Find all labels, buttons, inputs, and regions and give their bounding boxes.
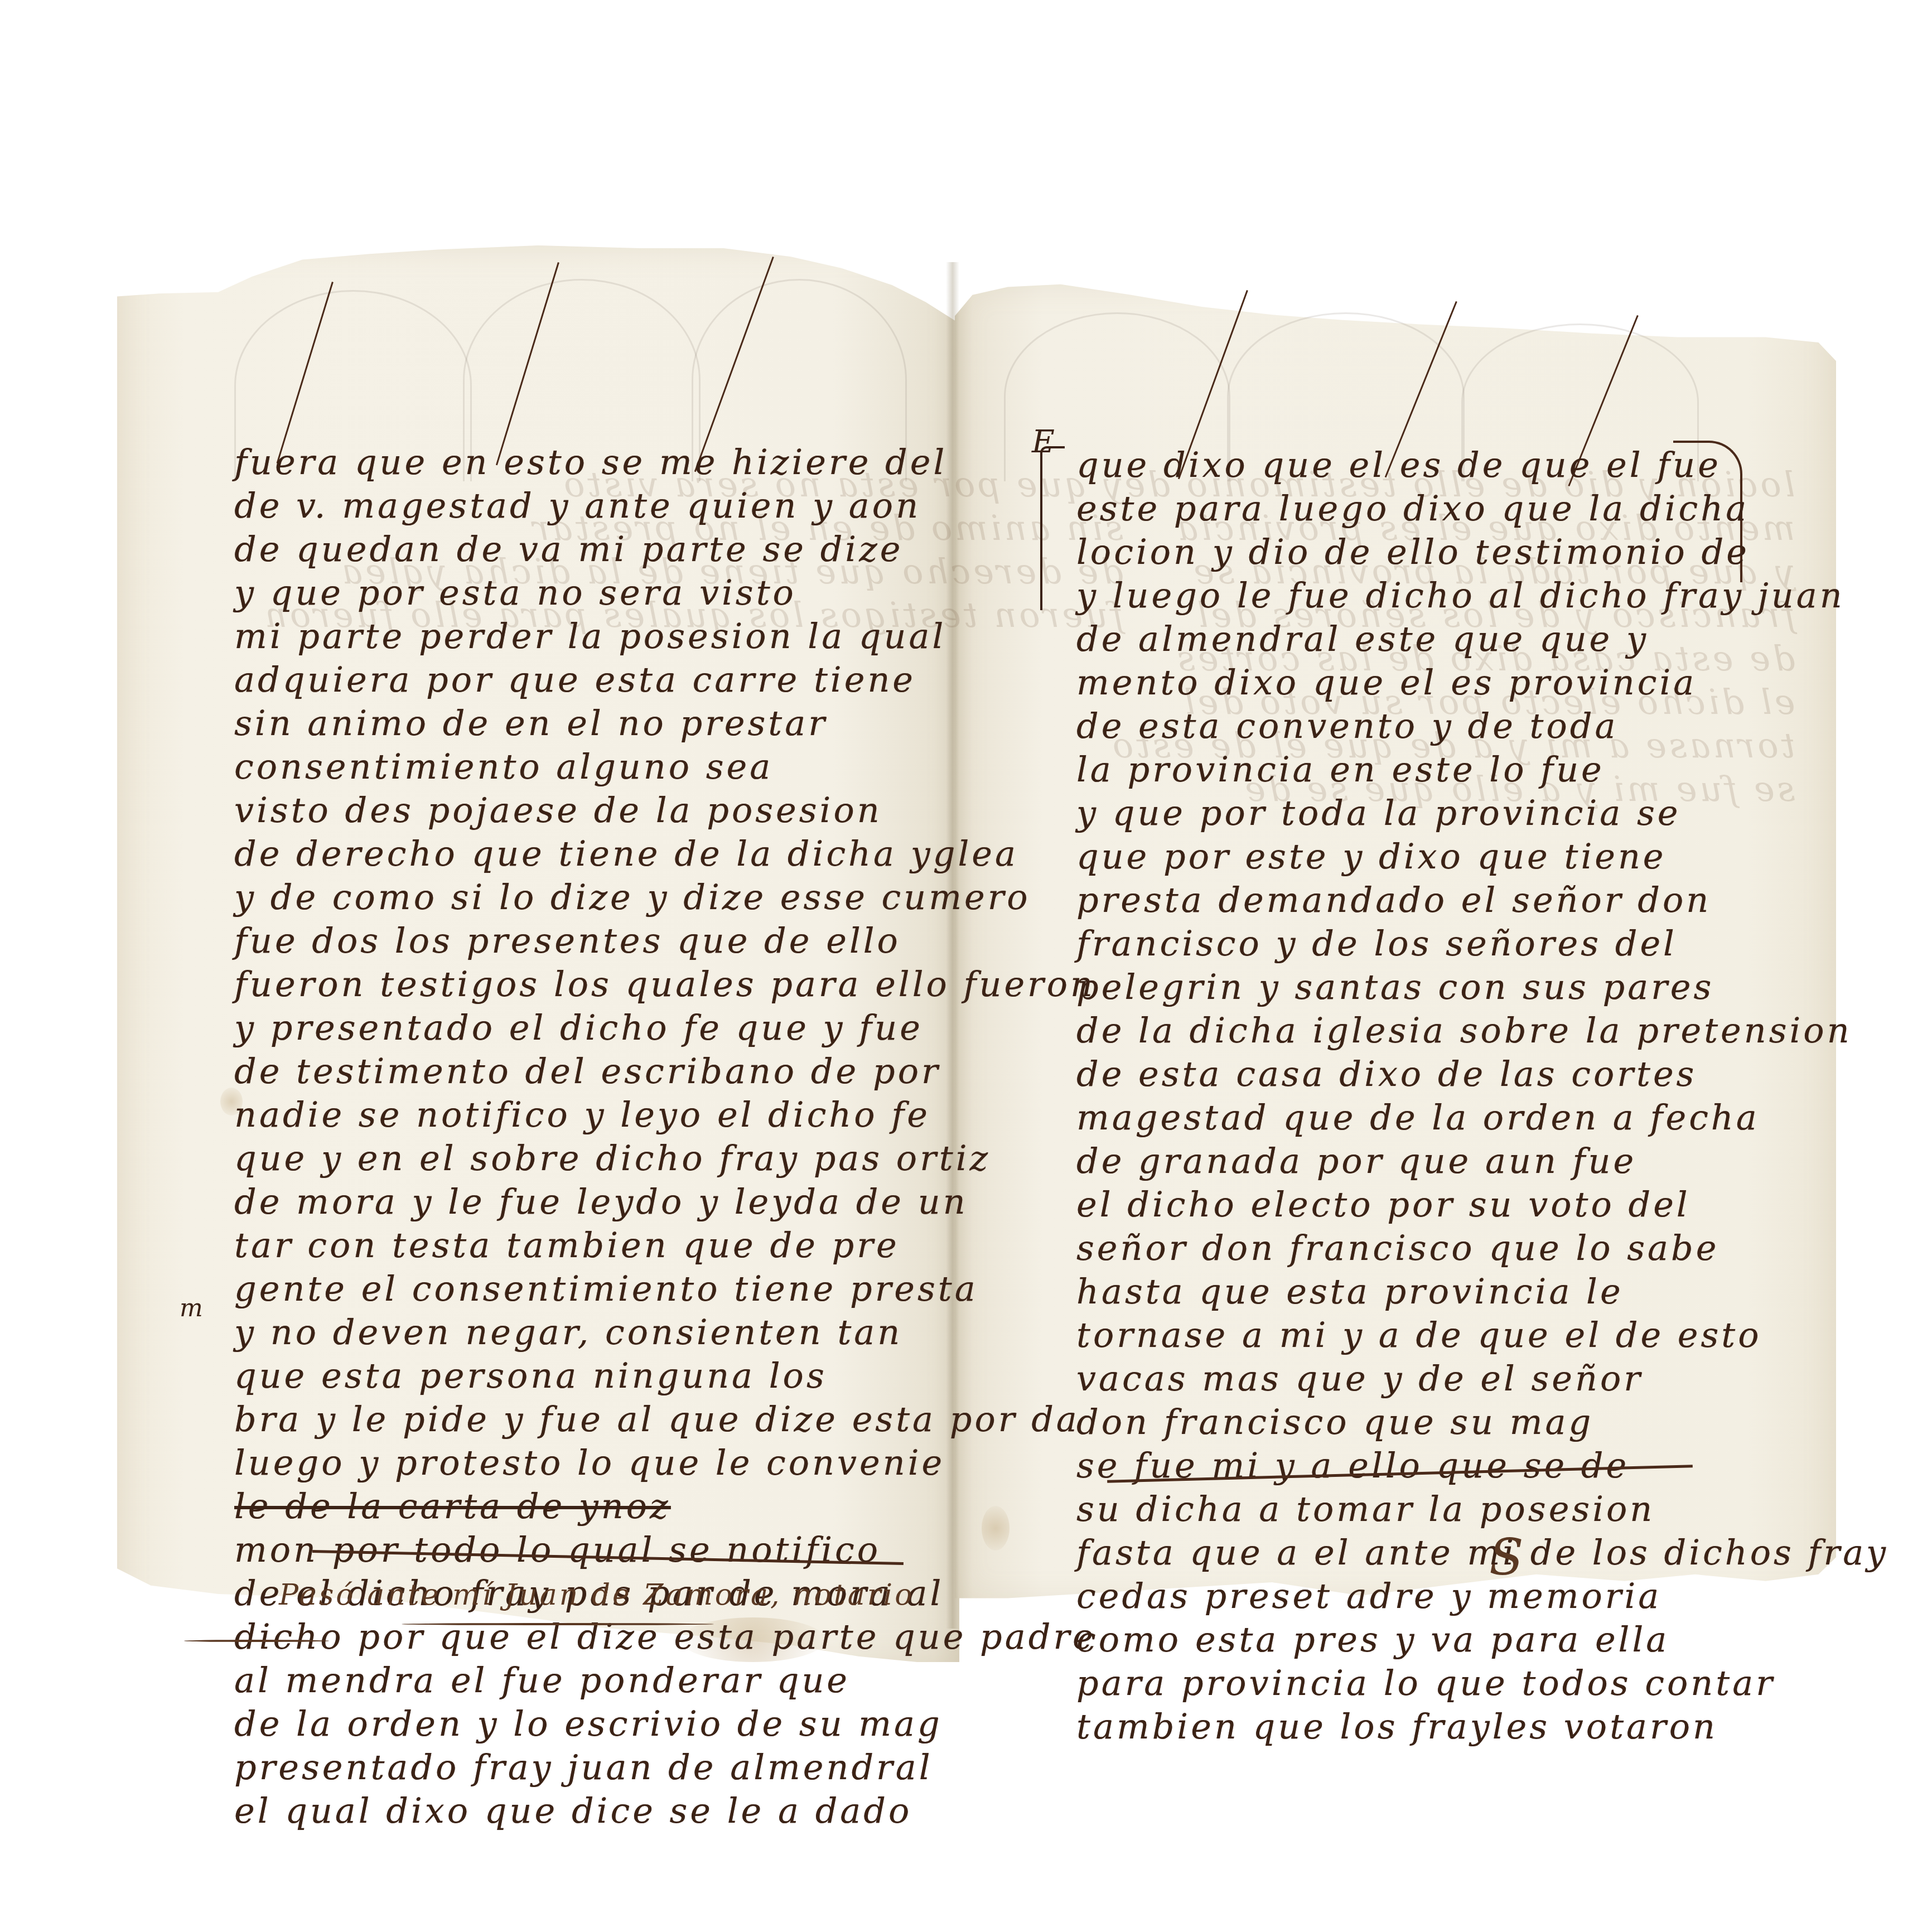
text-line: dicho por que el dize esta parte que pad… [234, 1615, 937, 1659]
right-page-text: que dixo que el es de que el fue este pa… [1076, 443, 1735, 1749]
text-line: presentado fray juan de almendral [234, 1746, 937, 1789]
text-line: y que por esta no sera visto [234, 571, 937, 615]
text-line: el qual dixo que dice se le a dado [234, 1789, 937, 1833]
text-line: adquiera por que esta carre tiene [234, 658, 937, 702]
text-line: fueron testigos los quales para ello fue… [234, 963, 937, 1006]
text-line: el dicho electo por su voto del [1076, 1183, 1735, 1226]
text-line: fuera que en esto se me hiziere del [234, 441, 937, 484]
text-line: presta demandado el señor don [1076, 878, 1735, 922]
text-line: luego y protesto lo que le convenie [234, 1441, 937, 1485]
text-line: tambien que los frayles votaron [1076, 1705, 1735, 1749]
text-line: de granada por que aun fue [1076, 1139, 1735, 1183]
right-margin-mark: E [1032, 424, 1055, 460]
text-line: de esta convento y de toda [1076, 704, 1735, 748]
signature-underline [402, 1623, 714, 1625]
text-line: don francisco que su mag [1076, 1400, 1735, 1444]
text-line: fue dos los presentes que de ello [234, 919, 937, 963]
text-line: este para luego dixo que la dicha [1076, 487, 1735, 530]
text-line: tar con testa tambien que de pre [234, 1224, 937, 1267]
text-line: mento dixo que el es provincia [1076, 661, 1735, 704]
text-line: de derecho que tiene de la dicha yglea [234, 832, 937, 876]
text-line: su dicha a tomar la posesion [1076, 1487, 1735, 1531]
text-line: gente el consentimiento tiene presta [234, 1267, 937, 1311]
text-line: fasta que a el ante mi de los dichos fra… [1076, 1531, 1735, 1574]
right-margin-bracket [1040, 446, 1065, 610]
notary-signature: Pasó ante mí Juan de Zamora, notario [279, 1578, 914, 1612]
text-line: consentimiento alguno sea [234, 745, 937, 789]
signature-flourish [184, 1640, 329, 1642]
text-line: de testimento del escribano de por [234, 1050, 937, 1093]
left-margin-mark: m [180, 1294, 203, 1322]
text-line: de quedan de va mi parte se dize [234, 528, 937, 571]
text-line: y luego le fue dicho al dicho fray juan [1076, 574, 1735, 617]
text-line: mi parte perder la posesion la qual [234, 615, 937, 658]
text-line: nadie se notifico y leyo el dicho fe [234, 1093, 937, 1137]
text-line: que dixo que el es de que el fue [1076, 443, 1735, 487]
text-line: bra y le pide y fue al que dize esta por… [234, 1398, 937, 1441]
text-line: vacas mas que y de el señor [1076, 1357, 1735, 1400]
text-line: la provincia en este lo fue [1076, 748, 1735, 791]
text-line: magestad que de la orden a fecha [1076, 1096, 1735, 1139]
text-line: tornase a mi y a de que el de esto [1076, 1313, 1735, 1357]
text-line: al mendra el fue ponderar que [234, 1659, 937, 1702]
text-line: y de como si lo dize y dize esse cumero [234, 876, 937, 919]
text-line: que y en el sobre dicho fray pas ortiz [234, 1137, 937, 1180]
text-line: que por este y dixo que tiene [1076, 835, 1735, 878]
text-line: para provincia lo que todos contar [1076, 1661, 1735, 1705]
text-line: de v. magestad y ante quien y aon [234, 484, 937, 528]
text-line: y presentado el dicho fe que y fue [234, 1006, 937, 1050]
text-line: francisco y de los señores del [1076, 922, 1735, 965]
text-line: de almendral este que que y [1076, 617, 1735, 661]
text-line: sin animo de en el no prestar [234, 702, 937, 745]
paper-stain [982, 1506, 1010, 1551]
text-line: visto des pojaese de la posesion [234, 789, 937, 832]
text-line: locion y dio de ello testimonio de [1076, 530, 1735, 574]
closing-paraph-flourish: S [1489, 1528, 1524, 1587]
text-line: de esta casa dixo de las cortes [1076, 1052, 1735, 1096]
text-line: cedas preset adre y memoria [1076, 1574, 1735, 1618]
text-line: y que por toda la provincia se [1076, 791, 1735, 835]
text-line: señor don francisco que lo sabe [1076, 1226, 1735, 1270]
manuscript-spread: y que por esta no sera visto sin animo d… [0, 0, 1932, 1932]
text-line: de la orden y lo escrivio de su mag [234, 1702, 937, 1746]
text-line: como esta pres y va para ella [1076, 1618, 1735, 1661]
text-line: de la dicha iglesia sobre la pretension [1076, 1009, 1735, 1052]
text-line: hasta que esta provincia le [1076, 1270, 1735, 1313]
struck-through-line: le de la carta de ynoz [234, 1485, 937, 1528]
text-line: y no deven negar, consienten tan [234, 1311, 937, 1354]
text-line: pelegrin y santas con sus pares [1076, 965, 1735, 1009]
text-line: que esta persona ninguna los [234, 1354, 937, 1398]
text-line: de mora y le fue leydo y leyda de un [234, 1180, 937, 1224]
